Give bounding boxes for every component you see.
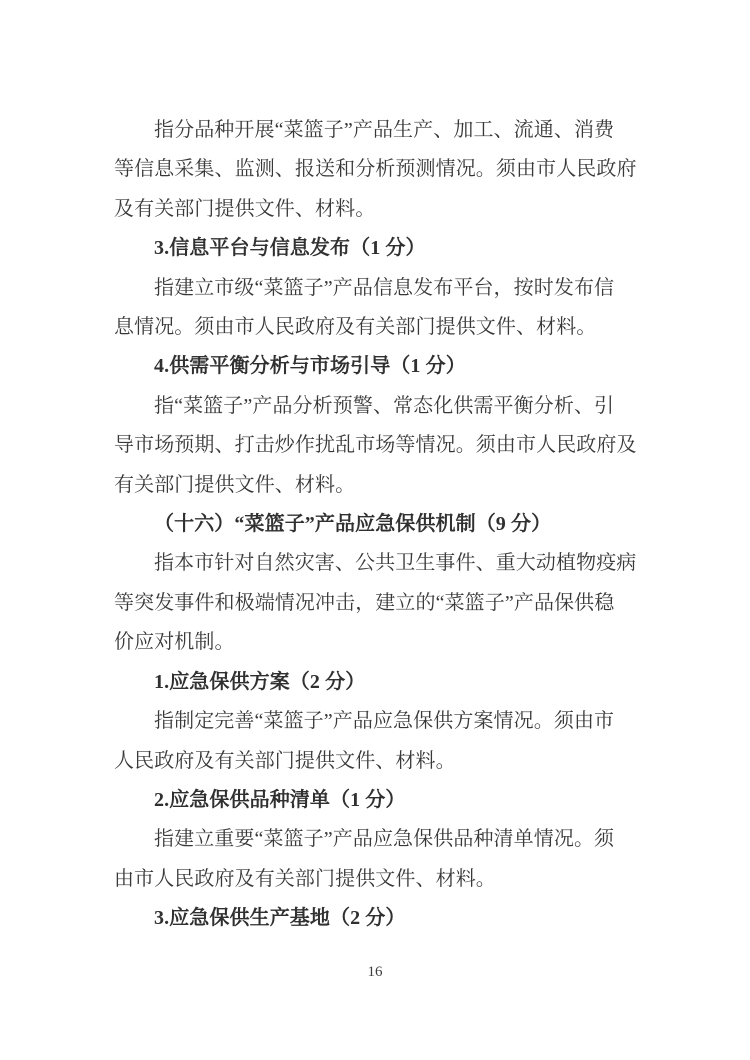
section-heading: 3.应急保供生产基地（2 分） xyxy=(114,899,637,938)
paragraph-line: 有关部门提供文件、材料。 xyxy=(114,466,637,505)
paragraph-line: 及有关部门提供文件、材料。 xyxy=(114,190,637,229)
document-page-body: 指分品种开展“菜篮子”产品生产、加工、流通、消费 等信息采集、监测、报送和分析预… xyxy=(114,111,637,939)
section-heading: 3.信息平台与信息发布（1 分） xyxy=(114,229,637,268)
paragraph-line: 指建立市级“菜篮子”产品信息发布平台，按时发布信 xyxy=(114,269,637,308)
paragraph-line: 由市人民政府及有关部门提供文件、材料。 xyxy=(114,860,637,899)
section-heading: 4.供需平衡分析与市场引导（1 分） xyxy=(114,347,637,386)
paragraph-line: 指制定完善“菜篮子”产品应急保供方案情况。须由市 xyxy=(114,702,637,741)
paragraph-line: 指分品种开展“菜篮子”产品生产、加工、流通、消费 xyxy=(114,111,637,150)
paragraph-line: 人民政府及有关部门提供文件、材料。 xyxy=(114,742,637,781)
section-heading: （十六）“菜篮子”产品应急保供机制（9 分） xyxy=(114,505,637,544)
paragraph-line: 价应对机制。 xyxy=(114,623,637,662)
paragraph-line: 等信息采集、监测、报送和分析预测情况。须由市人民政府 xyxy=(114,150,637,189)
paragraph-line: 指“菜篮子”产品分析预警、常态化供需平衡分析、引 xyxy=(114,387,637,426)
page-number: 16 xyxy=(0,962,750,982)
paragraph-line: 指建立重要“菜篮子”产品应急保供品种清单情况。须 xyxy=(114,820,637,859)
section-heading: 2.应急保供品种清单（1 分） xyxy=(114,781,637,820)
paragraph-line: 指本市针对自然灾害、公共卫生事件、重大动植物疫病 xyxy=(114,544,637,583)
section-heading: 1.应急保供方案（2 分） xyxy=(114,663,637,702)
paragraph-line: 等突发事件和极端情况冲击，建立的“菜篮子”产品保供稳 xyxy=(114,584,637,623)
paragraph-line: 导市场预期、打击炒作扰乱市场等情况。须由市人民政府及 xyxy=(114,426,637,465)
paragraph-line: 息情况。须由市人民政府及有关部门提供文件、材料。 xyxy=(114,308,637,347)
